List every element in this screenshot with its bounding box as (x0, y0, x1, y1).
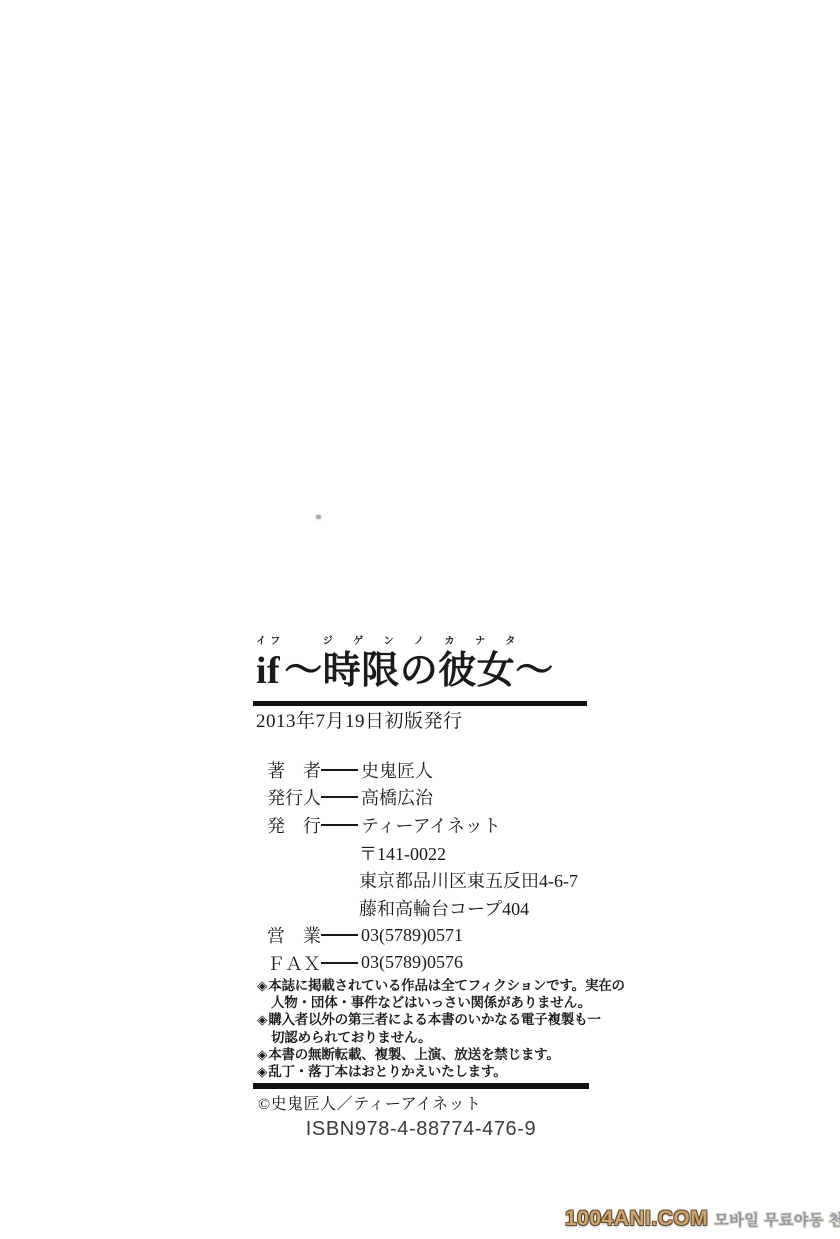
notice-line: ◈購入者以外の第三者による本書のいかなる電子複製も一 (253, 1011, 589, 1028)
title-tilde-open: ～ (284, 636, 323, 694)
row-label: ＦＡＸ (267, 950, 321, 976)
notices-section: ◈本誌に掲載されている作品は全てフィクションです。実在の 人物・団体・事件などは… (253, 977, 589, 1080)
notice-line: ◈乱丁・落丁本はおとりかえいたします。 (253, 1063, 589, 1080)
notice-text: 人物・団体・事件などはいっさい関係がありません。 (271, 995, 591, 1010)
scanned-colophon-page: イフ if ～ ジゲンノカナタ 時限の彼女 ～ 2013年7月19日初版発行 著… (0, 0, 840, 1239)
isbn-number: ISBN978-4-88774-476-9 (253, 1117, 589, 1141)
notice-text: 乱丁・落丁本はおとりかえいたします。 (268, 1064, 506, 1079)
notice-line: ◈本誌に掲載されている作品は全てフィクションです。実在の (253, 977, 589, 994)
diamond-bullet-icon: ◈ (257, 978, 267, 993)
site-watermark: 1004ANI.COM 모바일 무료야동 천사티비 (565, 1207, 840, 1231)
printing-speck (316, 515, 321, 519)
title-furigana-main: ジゲンノカナタ (323, 636, 516, 648)
diamond-bullet-icon: ◈ (257, 1012, 267, 1027)
row-value: 03(5789)0576 (361, 952, 463, 973)
dash-line (321, 769, 358, 771)
row-label: 著 者 (267, 757, 321, 783)
notice-text: 購入者以外の第三者による本書のいかなる電子複製も一 (268, 1012, 601, 1027)
notice-line-continuation: 切認められておりません。 (253, 1029, 589, 1046)
dash-line (321, 796, 358, 798)
row-value: 03(5789)0571 (361, 925, 463, 946)
notice-text: 本書の無断転載、複製、上演、放送を禁じます。 (268, 1047, 560, 1062)
info-row-address-line2: 藤和高輪台コープ404 (253, 894, 589, 922)
row-value: 高橋広治 (361, 784, 433, 810)
dash-line (321, 934, 358, 936)
footer-divider-rule (253, 1083, 589, 1089)
diamond-bullet-icon: ◈ (257, 1047, 267, 1062)
title-furigana-if: イフ (256, 636, 280, 648)
info-row-sales-phone: 営 業 03(5789)0571 (253, 922, 589, 950)
row-label: 発 行 (267, 812, 321, 838)
title-divider-rule (253, 701, 587, 706)
title-tilde-close: ～ (515, 636, 554, 694)
notice-line: ◈本書の無断転載、複製、上演、放送を禁じます。 (253, 1046, 589, 1063)
row-value: ティーアイネット (361, 812, 501, 838)
row-value: 〒141-0022 (359, 840, 446, 866)
publication-date: 2013年7月19日初版発行 (256, 709, 463, 734)
info-row-postal-code: 〒141-0022 (253, 839, 589, 867)
watermark-site-logo: 1004ANI.COM (565, 1207, 708, 1231)
book-title: イフ if ～ ジゲンノカナタ 時限の彼女 ～ (256, 636, 554, 694)
dash-line (321, 824, 358, 826)
info-row-publisher: 発 行 ティーアイネット (253, 811, 589, 839)
notice-text: 切認められておりません。 (271, 1030, 431, 1045)
copyright-line: ©史鬼匠人／ティーアイネット (258, 1095, 481, 1115)
dash-line (321, 962, 358, 964)
notice-line-continuation: 人物・団体・事件などはいっさい関係がありません。 (253, 994, 589, 1011)
info-row-address-line1: 東京都品川区東五反田4-6-7 (253, 866, 589, 894)
notice-text: 本誌に掲載されている作品は全てフィクションです。実在の (268, 978, 625, 993)
colophon-section: イフ if ～ ジゲンノカナタ 時限の彼女 ～ 2013年7月19日初版発行 著… (253, 636, 589, 1146)
watermark-tagline: 모바일 무료야동 천사티비 (714, 1209, 840, 1230)
diamond-bullet-icon: ◈ (257, 1064, 267, 1079)
publication-info-list: 著 者 史鬼匠人 発行人 高橋広治 発 行 ティーアイネット 〒141-0022… (253, 756, 589, 977)
row-label: 発行人 (267, 784, 321, 810)
row-value: 藤和高輪台コープ404 (359, 895, 529, 921)
row-value: 東京都品川区東五反田4-6-7 (359, 867, 578, 893)
title-segment-if: イフ if (256, 636, 280, 694)
title-segment-main: ジゲンノカナタ 時限の彼女 (323, 636, 516, 694)
info-row-author: 著 者 史鬼匠人 (253, 756, 589, 784)
row-value: 史鬼匠人 (361, 757, 433, 783)
row-label: 営 業 (267, 922, 321, 948)
info-row-fax-phone: ＦＡＸ 03(5789)0576 (253, 949, 589, 977)
info-row-publisher-person: 発行人 高橋広治 (253, 784, 589, 812)
